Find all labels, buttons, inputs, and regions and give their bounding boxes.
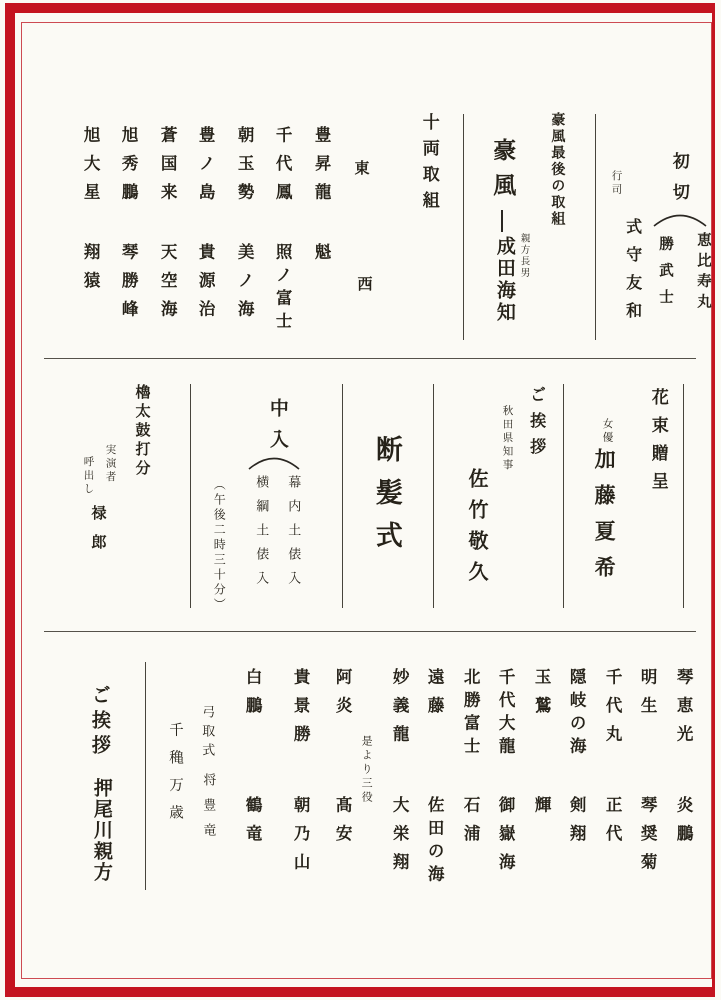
east-label: 東	[352, 160, 369, 175]
actress-name: 加藤夏希	[592, 448, 615, 592]
vertical-separator	[145, 662, 146, 890]
bout-west-name: 髙安	[333, 796, 351, 853]
bout-east-name: 朝玉勢	[235, 126, 253, 212]
bout-east-name: 妙義龍	[390, 668, 408, 754]
danpatsushiki-heading: 断髪式	[371, 435, 401, 564]
bout-east-name: 千代大龍	[496, 668, 514, 760]
gyoji-role-label: 行司	[610, 170, 622, 197]
bout-east-name: 琴恵光	[674, 668, 692, 754]
bout-west-name: 朝乃山	[291, 796, 309, 882]
nakairi-label: 中入	[266, 398, 287, 460]
bout-east-name: 旭秀鵬	[119, 126, 137, 212]
bout-east-name: 貴景勝	[291, 668, 309, 754]
bout-west-name: 石浦	[461, 796, 479, 853]
drum-caller-name: 禄郎	[89, 505, 106, 563]
bout-west-name: 鶴竜	[243, 796, 261, 853]
bout-east-name: 旭大星	[81, 126, 99, 212]
juryo-heading: 十両取組	[419, 113, 438, 217]
vertical-separator	[342, 384, 343, 608]
bout-west-name: 貴源治	[196, 243, 214, 329]
drum-heading: 櫓太鼓打分	[133, 384, 150, 479]
west-label: 西	[355, 276, 372, 291]
gyoji-name: 式守友和	[623, 218, 641, 330]
oyakata-name: 押尾川親方	[90, 778, 111, 883]
vertical-separator	[463, 114, 464, 340]
bout-west-name: 剣翔	[567, 796, 585, 853]
vertical-separator	[190, 384, 191, 608]
hatsukiri-wrestler-left: 勝武士	[656, 236, 672, 316]
last-bout-heading: 豪風最後の取組	[549, 112, 564, 228]
bout-west-name: 照ノ富士	[273, 243, 291, 335]
program-page: 初切 恵比寿丸 勝武士 行司 式守友和 豪風最後の取組 豪風 親方長男 成田海知…	[0, 0, 721, 1000]
vertical-separator	[563, 384, 564, 608]
governor-name: 佐竹敬久	[465, 468, 487, 592]
vertical-separator	[595, 114, 596, 340]
closing-greeting-heading: ご挨拶	[88, 685, 109, 760]
last-bout-west-name: 成田海知	[493, 236, 514, 324]
bout-west-name: 御嶽海	[496, 796, 514, 882]
nakairi-brace-arc	[247, 456, 301, 470]
bout-east-name: 白鵬	[243, 668, 261, 725]
vertical-separator	[683, 384, 684, 608]
drum-caller-role: 呼出し	[82, 456, 94, 497]
bout-east-name: 千代鳳	[273, 126, 291, 212]
last-bout-east-name: 豪風	[490, 138, 515, 208]
bout-east-name: 玉鷲	[532, 668, 550, 725]
section-divider-bottom	[44, 631, 696, 632]
nakairi-time: （午後二時三十分）	[212, 478, 225, 613]
nakairi-item-makuuchi: 幕内土俵入	[286, 475, 300, 595]
actress-role-label: 女優	[601, 418, 613, 445]
bout-east-name: 阿炎	[333, 668, 351, 725]
yumitori-name: 将豊竜	[201, 773, 215, 848]
bouquet-heading: 花束贈呈	[648, 388, 667, 500]
bout-west-name: 琴奨菊	[638, 796, 656, 882]
bout-west-name: 美ノ海	[235, 243, 253, 329]
nakairi-item-yokozuna: 横綱土俵入	[254, 475, 268, 595]
dash-line	[501, 210, 503, 232]
vertical-separator	[433, 384, 434, 608]
hatsukiri-wrestler-right: 恵比寿丸	[694, 232, 710, 314]
bout-east-name: 隠岐の海	[567, 668, 585, 760]
last-bout-annotation: 親方長男	[518, 233, 528, 279]
bout-west-name: 魁	[312, 243, 330, 272]
senshuraku-banzai-label: 千穐万歳	[166, 722, 182, 832]
bout-west-name: 琴勝峰	[119, 243, 137, 329]
bout-east-name: 豊昇龍	[312, 126, 330, 212]
governor-role-label: 秋田県知事	[501, 405, 513, 473]
greeting-heading: ご挨拶	[527, 386, 545, 464]
drum-performer-role: 実演者	[104, 444, 116, 485]
section-divider-top	[44, 358, 696, 359]
hatsukiri-brace-arc	[652, 213, 708, 227]
bout-west-name: 炎鵬	[674, 796, 692, 853]
bout-east-name: 北勝富士	[461, 668, 479, 760]
bout-east-name: 千代丸	[603, 668, 621, 754]
yumitori-label: 弓取式	[200, 705, 214, 762]
bout-east-name: 明生	[638, 668, 656, 725]
bout-west-name: 正代	[603, 796, 621, 853]
bout-east-name: 遠藤	[425, 668, 443, 725]
bout-west-name: 翔猿	[81, 243, 99, 300]
bout-east-name: 豊ノ島	[196, 126, 214, 212]
bout-east-name: 蒼国来	[158, 126, 176, 212]
bout-west-name: 天空海	[158, 243, 176, 329]
bout-west-name: 大栄翔	[390, 796, 408, 882]
bout-west-name: 佐田の海	[425, 796, 443, 888]
sanyaku-label: 是より三役	[360, 735, 372, 805]
bout-west-name: 輝	[532, 796, 550, 825]
hatsukiri-label: 初切	[669, 152, 688, 214]
